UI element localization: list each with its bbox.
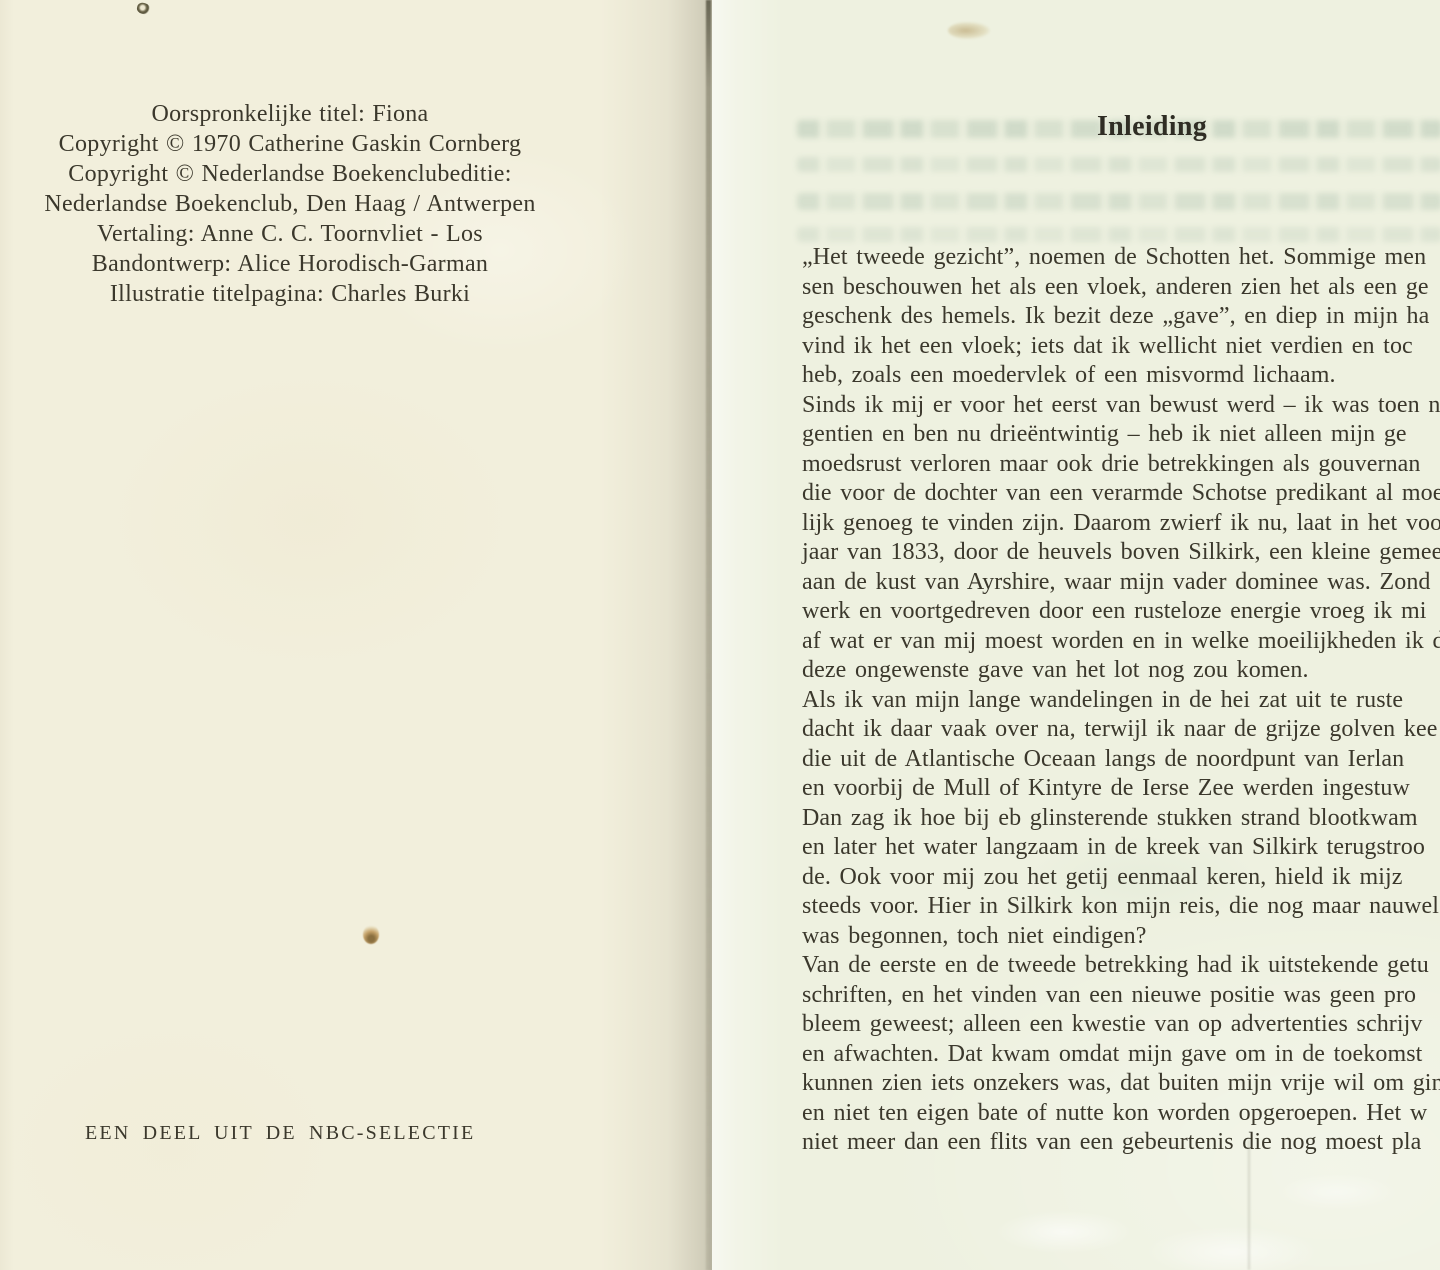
body-line: gentien en ben nu drieëntwintig – heb ik… <box>802 420 1440 450</box>
body-line: sen beschouwen het als een vloek, andere… <box>802 273 1440 303</box>
body-line: en voorbij de Mull of Kintyre de Ierse Z… <box>802 774 1440 804</box>
body-line: schriften, en het vinden van een nieuwe … <box>802 981 1440 1011</box>
series-note: EEN DEEL UIT DE NBC-SELECTIE <box>85 1122 475 1145</box>
body-line: en niet ten eigen bate of nutte kon word… <box>802 1099 1440 1129</box>
colophon-line: Illustratie titelpagina: Charles Burki <box>0 279 580 309</box>
body-line: vind ik het een vloek; iets dat ik welli… <box>802 332 1440 362</box>
body-line: jaar van 1833, door de heuvels boven Sil… <box>802 538 1440 568</box>
body-line: die uit de Atlantische Oceaan langs de n… <box>802 745 1440 775</box>
stain <box>948 22 990 39</box>
body-line: steeds voor. Hier in Silkirk kon mijn re… <box>802 892 1440 922</box>
show-through <box>797 157 1440 172</box>
body-line: kunnen zien iets onzekers was, dat buite… <box>802 1069 1440 1099</box>
body-line: bleem geweest; alleen een kwestie van op… <box>802 1010 1440 1040</box>
body-line: werk en voortgedreven door een rusteloze… <box>802 597 1440 627</box>
crease <box>1248 1140 1250 1270</box>
body-line: was begonnen, toch niet eindigen? <box>802 922 1440 952</box>
body-line: en later het water langzaam in de kreek … <box>802 833 1440 863</box>
stain <box>363 925 379 944</box>
left-page: Oorspronkelijke titel: FionaCopyright © … <box>0 0 712 1270</box>
body-line: die voor de dochter van een verarmde Sch… <box>802 479 1440 509</box>
colophon-line: Nederlandse Boekenclub, Den Haag / Antwe… <box>0 189 580 219</box>
right-page: Inleiding „Het tweede gezicht”, noemen d… <box>712 0 1440 1270</box>
body-line: en afwachten. Dat kwam omdat mijn gave o… <box>802 1040 1440 1070</box>
colophon-line: Oorspronkelijke titel: Fiona <box>0 99 580 129</box>
colophon-line: Copyright © Nederlandse Boekenclubeditie… <box>0 159 580 189</box>
body-text: „Het tweede gezicht”, noemen de Schotten… <box>802 243 1440 1158</box>
show-through <box>797 227 1440 242</box>
colophon-line: Copyright © 1970 Catherine Gaskin Cornbe… <box>0 129 580 159</box>
body-line: „Het tweede gezicht”, noemen de Schotten… <box>802 243 1440 273</box>
body-line: dacht ik daar vaak over na, terwijl ik n… <box>802 715 1440 745</box>
body-line: Als ik van mijn lange wandelingen in de … <box>802 686 1440 716</box>
body-line: niet meer dan een flits van een gebeurte… <box>802 1128 1440 1158</box>
body-line: af wat er van mij moest worden en in wel… <box>802 627 1440 657</box>
body-line: Van de eerste en de tweede betrekking ha… <box>802 951 1440 981</box>
body-line: lijk genoeg te vinden zijn. Daarom zwier… <box>802 509 1440 539</box>
chapter-title: Inleiding <box>802 110 1440 144</box>
body-line: moedsrust verloren maar ook drie betrekk… <box>802 450 1440 480</box>
book-scan: Oorspronkelijke titel: FionaCopyright © … <box>0 0 1440 1270</box>
colophon-line: Bandontwerp: Alice Horodisch-Garman <box>0 249 580 279</box>
body-line: heb, zoals een moedervlek of een misvorm… <box>802 361 1440 391</box>
colophon-line: Vertaling: Anne C. C. Toornvliet - Los <box>0 219 580 249</box>
body-line: Dan zag ik hoe bij eb glinsterende stukk… <box>802 804 1440 834</box>
stain <box>136 2 151 16</box>
body-line: deze ongewenste gave van het lot nog zou… <box>802 656 1440 686</box>
body-line: Sinds ik mij er voor het eerst van bewus… <box>802 391 1440 421</box>
body-line: de. Ook voor mij zou het getij eenmaal k… <box>802 863 1440 893</box>
body-line: aan de kust van Ayrshire, waar mijn vade… <box>802 568 1440 598</box>
body-line: geschenk des hemels. Ik bezit deze „gave… <box>802 302 1440 332</box>
page-gutter <box>706 0 711 1270</box>
colophon: Oorspronkelijke titel: FionaCopyright © … <box>0 99 580 309</box>
show-through <box>797 193 1440 210</box>
